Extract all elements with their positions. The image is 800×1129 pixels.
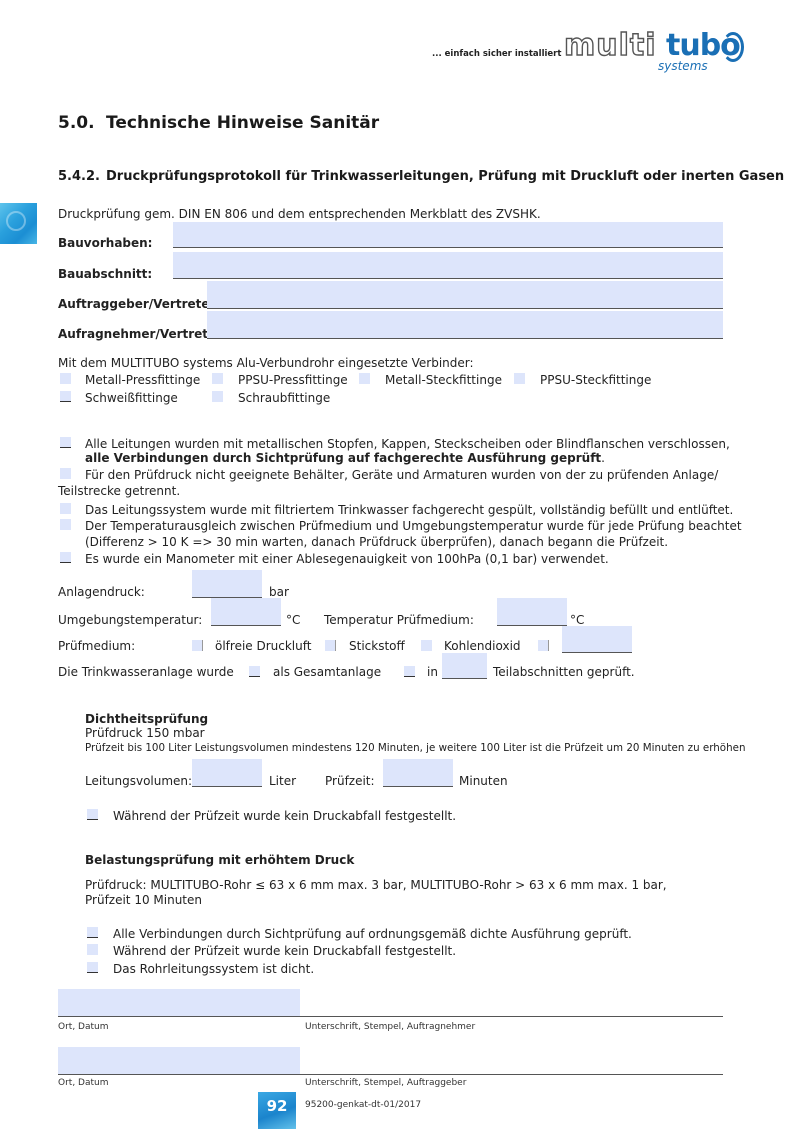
umgebungstemperatur-input[interactable] xyxy=(211,598,281,626)
checkbox-ppsu-press[interactable] xyxy=(212,373,223,384)
pruefzeit-input[interactable] xyxy=(383,759,453,787)
label-teilabschnitte: Teilabschnitten geprüft. xyxy=(493,665,635,679)
label-ort-datum-2: Ort, Datum xyxy=(58,1078,108,1089)
option-ppsu-press: PPSU-Pressfittinge xyxy=(238,373,348,387)
checkbox-schraub[interactable] xyxy=(212,391,223,402)
label-bauabschnitt: Bauabschnitt: xyxy=(58,267,152,281)
teilabschnitte-input[interactable] xyxy=(442,653,487,679)
check-getrennt-line2: Teilstrecke getrennt. xyxy=(58,484,180,498)
checkbox-dichtheit-kein-druckabfall[interactable] xyxy=(87,809,98,820)
belastung-check-1: Alle Verbindungen durch Sichtprüfung auf… xyxy=(113,927,632,941)
option-druckluft: ölfreie Druckluft xyxy=(215,639,311,653)
option-metall-steck: Metall-Steckfittinge xyxy=(385,373,502,387)
check-verschlossen-line2: alle Verbindungen durch Sichtprüfung auf… xyxy=(85,451,605,465)
intro-text: Druckprüfung gem. DIN EN 806 und dem ent… xyxy=(58,207,541,221)
unit-bar: bar xyxy=(269,585,289,599)
unit-minuten: Minuten xyxy=(459,774,508,788)
belastung-line1: Prüfdruck: MULTITUBO-Rohr ≤ 63 x 6 mm ma… xyxy=(85,878,667,892)
anlagendruck-input[interactable] xyxy=(192,570,262,598)
checkbox-schweiss[interactable] xyxy=(60,391,71,402)
checkbox-teilabschnitte[interactable] xyxy=(404,666,415,677)
option-kohlendioxid: Kohlendioxid xyxy=(444,639,521,653)
auftragnehmer-input[interactable] xyxy=(207,311,723,339)
auftraggeber-input[interactable] xyxy=(207,281,723,309)
signature-line-2 xyxy=(58,1074,723,1075)
page-number-badge: 92 xyxy=(258,1092,296,1129)
multitubo-logo: multi tubo systems xyxy=(562,28,747,74)
option-in: in xyxy=(427,665,438,679)
check-getrennt-line1: Für den Prüfdruck nicht geeignete Behält… xyxy=(85,468,718,482)
dichtheit-pressure: Prüfdruck 150 mbar xyxy=(85,726,205,740)
label-auftraggeber: Auftraggeber/Vertreter: xyxy=(58,297,220,311)
other-medium-input[interactable] xyxy=(562,626,632,653)
checkbox-druckluft[interactable] xyxy=(192,640,203,651)
label-pruefmedium: Prüfmedium: xyxy=(58,639,135,653)
check-verschlossen-bold: alle Verbindungen durch Sichtprüfung auf… xyxy=(85,451,601,465)
label-umgebungstemperatur: Umgebungstemperatur: xyxy=(58,613,202,627)
checkbox-stickstoff[interactable] xyxy=(325,640,336,651)
label-anlagendruck: Anlagendruck: xyxy=(58,585,145,599)
check-gespuelt: Das Leitungssystem wurde mit filtriertem… xyxy=(85,503,733,517)
check-manometer: Es wurde ein Manometer mit einer Ableseg… xyxy=(85,552,609,566)
belastung-title: Belastungsprüfung mit erhöhtem Druck xyxy=(85,853,354,867)
checkbox-verschlossen[interactable] xyxy=(60,437,71,448)
option-ppsu-steck: PPSU-Steckfittinge xyxy=(540,373,651,387)
bauabschnitt-input[interactable] xyxy=(173,252,723,279)
option-metall-press: Metall-Pressfittinge xyxy=(85,373,200,387)
dichtheit-title: Dichtheitsprüfung xyxy=(85,712,208,726)
dichtheit-note: Prüfzeit bis 100 Liter Leistungsvolumen … xyxy=(85,741,746,755)
label-trinkwasseranlage: Die Trinkwasseranlage wurde xyxy=(58,665,234,679)
belastung-check-3: Das Rohrleitungssystem ist dicht. xyxy=(113,962,314,976)
checkbox-ppsu-steck[interactable] xyxy=(514,373,525,384)
label-signature-auftraggeber: Unterschrift, Stempel, Auftraggeber xyxy=(305,1078,466,1089)
checkbox-temperaturausgleich[interactable] xyxy=(60,519,71,530)
unit-liter: Liter xyxy=(269,774,296,788)
section-number: 5.4.2. xyxy=(58,169,106,184)
belastung-check-2: Während der Prüfzeit wurde kein Druckabf… xyxy=(113,944,456,958)
checkbox-getrennt[interactable] xyxy=(60,468,71,479)
signature-area-auftragnehmer[interactable] xyxy=(300,989,723,1016)
logo-subtitle: systems xyxy=(658,59,708,73)
unit-celsius-1: °C xyxy=(286,613,300,627)
belastung-line2: Prüfzeit 10 Minuten xyxy=(85,893,202,907)
connectors-label: Mit dem MULTITUBO systems Alu-Verbundroh… xyxy=(58,356,474,370)
label-temperatur-pruefmedium: Temperatur Prüfmedium: xyxy=(324,613,474,627)
section-title: 5.4.2.Druckprüfungsprotokoll für Trinkwa… xyxy=(58,169,784,184)
signature-line-1 xyxy=(58,1016,723,1017)
section-title-text: Druckprüfungsprotokoll für Trinkwasserle… xyxy=(106,169,784,184)
ort-datum-input-1[interactable] xyxy=(58,989,300,1016)
checkbox-dicht[interactable] xyxy=(87,962,98,973)
check-temperaturausgleich-line2: (Differenz > 10 K => 30 min warten, dana… xyxy=(85,535,668,549)
logo-word-multi: multi xyxy=(564,30,657,62)
logo-wave-icon xyxy=(722,32,744,62)
checkbox-gesamtanlage[interactable] xyxy=(249,666,260,677)
checkbox-sichtpruefung[interactable] xyxy=(87,927,98,938)
tagline: ... einfach sicher installiert xyxy=(432,49,561,59)
option-schraub: Schraubfittinge xyxy=(238,391,330,405)
checkbox-metall-steck[interactable] xyxy=(359,373,370,384)
ort-datum-input-2[interactable] xyxy=(58,1047,300,1074)
checkbox-other-medium[interactable] xyxy=(538,640,549,651)
label-auftragnehmer: Aufragnehmer/Vertreter: xyxy=(58,327,227,341)
option-stickstoff: Stickstoff xyxy=(349,639,405,653)
label-ort-datum-1: Ort, Datum xyxy=(58,1022,108,1033)
check-temperaturausgleich-line1: Der Temperaturausgleich zwischen Prüfmed… xyxy=(85,519,742,533)
label-pruefzeit: Prüfzeit: xyxy=(325,774,375,788)
chapter-number: 5.0. xyxy=(58,113,106,133)
check-verschlossen-tail: . xyxy=(601,451,605,465)
label-signature-auftragnehmer: Unterschrift, Stempel, Auftragnehmer xyxy=(305,1022,475,1033)
chapter-title-text: Technische Hinweise Sanitär xyxy=(106,113,379,133)
checkbox-manometer[interactable] xyxy=(60,552,71,563)
doc-code: 95200-genkat-dt-01/2017 xyxy=(305,1100,421,1111)
bauvorhaben-input[interactable] xyxy=(173,222,723,248)
unit-celsius-2: °C xyxy=(570,613,584,627)
signature-area-auftraggeber[interactable] xyxy=(300,1047,723,1074)
leitungsvolumen-input[interactable] xyxy=(192,759,262,787)
option-gesamtanlage: als Gesamtanlage xyxy=(273,665,381,679)
checkbox-kohlendioxid[interactable] xyxy=(421,640,432,651)
option-schweiss: Schweißfittinge xyxy=(85,391,178,405)
checkbox-gespuelt[interactable] xyxy=(60,503,71,514)
label-bauvorhaben: Bauvorhaben: xyxy=(58,236,152,250)
checkbox-metall-press[interactable] xyxy=(60,373,71,384)
checkbox-belastung-kein-druckabfall[interactable] xyxy=(87,944,98,955)
side-tab-decoration xyxy=(0,203,37,244)
chapter-title: 5.0.Technische Hinweise Sanitär xyxy=(58,113,379,133)
label-leitungsvolumen: Leitungsvolumen: xyxy=(85,774,192,788)
dichtheit-check-label: Während der Prüfzeit wurde kein Druckabf… xyxy=(113,809,456,823)
check-verschlossen-line1: Alle Leitungen wurden mit metallischen S… xyxy=(85,437,730,451)
temperatur-pruefmedium-input[interactable] xyxy=(497,598,567,626)
